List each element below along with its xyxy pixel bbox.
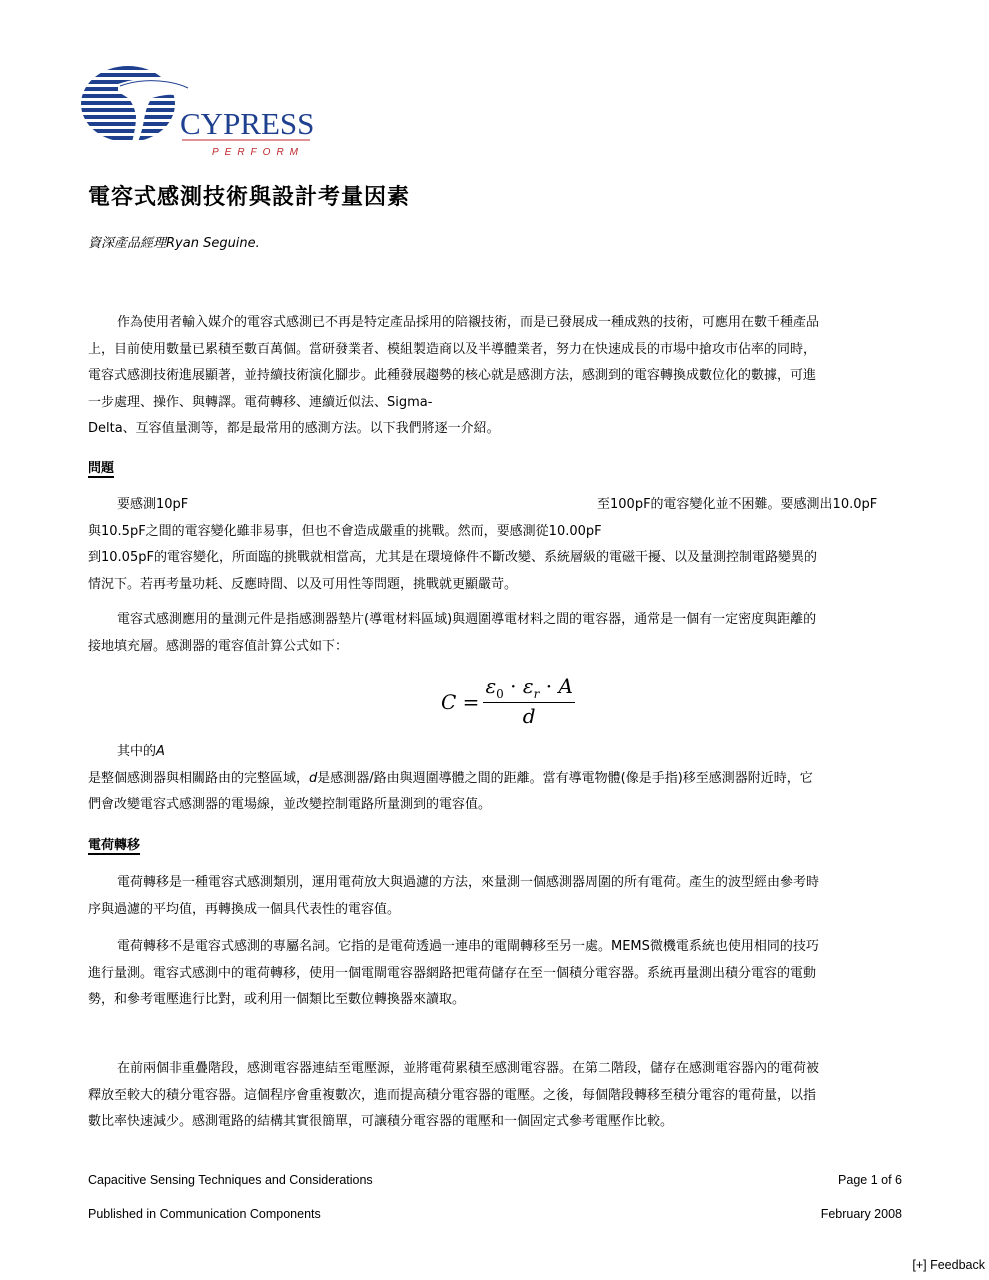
section-heading-problem: 問題 [88,457,114,476]
epsilon-r: ε [523,674,534,698]
area-variable: A [558,674,572,698]
variable-a: A [156,744,165,759]
footer-page-number: Page 1 of 6 [838,1173,902,1187]
capacitance-formula: C = ε0 · εr · A d [440,674,575,729]
cypress-globe-icon: CYPRESS PERFORM [80,62,315,160]
intro-line: 作為使用者輸入媒介的電容式感測已不再是特定產品採用的陪襯技術，而是已發展成一種成… [88,310,902,337]
logo-tagline: PERFORM [212,147,304,158]
problem-line: 與10.5pF之間的電容變化雖非易事，但也不會造成嚴重的挑戰。然而，要感測從10… [88,519,902,546]
intro-line: 電容式感測技術進展顯著，並持續技術演化腳步。此種發展趨勢的核心就是感測方法，感測… [88,363,902,390]
charge-paragraph-2: 電荷轉移不是電容式感測的專屬名詞。它指的是電荷透過一連串的電閘轉移至另一處。ME… [88,934,902,1014]
charge-line: 在前兩個非重疊階段，感測電容器連結至電壓源，並將電荷累積至感測電容器。在第二階段… [88,1056,902,1083]
intro-line: 一步處理、操作、與轉譯。電荷轉移、連續近似法、Sigma- [88,390,902,417]
subscript-zero: 0 [496,687,504,701]
charge-line: 勢，和參考電壓進行比對，或利用一個類比至數位轉換器來讀取。 [88,987,902,1014]
charge-paragraph-1: 電荷轉移是一種電容式感測類別，運用電荷放大與過濾的方法，來量測一個感測器周圍的所… [88,870,902,923]
problem-line: 情況下。若再考量功耗、反應時間、以及可用性等問題，挑戰就更顯嚴苛。 [88,572,902,599]
problem-paragraph-3: 其中的A 是整個感測器與相關路由的完整區域，d是感測器/路由與週圍導體之間的距離… [88,739,902,819]
logo-brand: CYPRESS [180,106,314,141]
formula-equals: = [463,690,480,714]
charge-paragraph-3: 在前兩個非重疊階段，感測電容器連結至電壓源，並將電荷累積至感測電容器。在第二階段… [88,1056,902,1136]
footer-publication: Published in Communication Components [88,1207,321,1221]
footer-date: February 2008 [821,1207,902,1221]
dot-operator: · [510,674,516,698]
charge-line: 電荷轉移是一種電容式感測類別，運用電荷放大與過濾的方法，來量測一個感測器周圍的所… [88,870,902,897]
section-heading-charge-transfer: 電荷轉移 [88,834,140,853]
charge-line: 進行量測。電容式感測中的電荷轉移，使用一個電閘電容器網路把電荷儲存在至一個積分電… [88,961,902,988]
intro-paragraph: 作為使用者輸入媒介的電容式感測已不再是特定產品採用的陪襯技術，而是已發展成一種成… [88,310,902,443]
text-span: 其中的 [117,744,156,759]
epsilon-zero: ε [485,674,496,698]
dot-operator: · [546,674,552,698]
feedback-link[interactable]: [+] Feedback [912,1258,985,1272]
subscript-r: r [534,687,540,701]
problem-line1-right: 至100pF的電容變化並不困難。要感測出10.0pF [597,492,877,519]
problem-line: 接地填充層。感測器的電容值計算公式如下： [88,634,902,661]
problem-line: 其中的A [88,739,902,766]
problem-line: 電容式感測應用的量測元件是指感測器墊片(導電材料區域)與週圍導電材料之間的電容器… [88,607,902,634]
author-line: 資深產品經理Ryan Seguine. [88,232,260,251]
intro-line: 上，目前使用數量已累積至數百萬個。當研發業者、模組製造商以及半導體業者，努力在快… [88,337,902,364]
text-span: 是整個感測器與相關路由的完整區域， [88,771,309,786]
charge-line: 數比率快速減少。感測電路的結構其實很簡單，可讓積分電容器的電壓和一個固定式參考電… [88,1109,902,1136]
problem-line: 要感測10pF 至100pF的電容變化並不困難。要感測出10.0pF [88,492,902,519]
formula-denominator: d [483,703,574,730]
text-span: 是感測器/路由與週圍導體之間的距離。當有導電物體(像是手指)移至感測器附近時，它 [317,771,813,786]
problem-line: 到10.05pF的電容變化，所面臨的挑戰就相當高，尤其是在環境條件不斷改變、系統… [88,545,902,572]
document-title: 電容式感測技術與設計考量因素 [88,180,410,211]
cypress-logo: CYPRESS PERFORM [80,62,315,160]
intro-line: Delta、互容值量測等，都是最常用的感測方法。以下我們將逐一介紹。 [88,416,902,443]
problem-line: 是整個感測器與相關路由的完整區域，d是感測器/路由與週圍導體之間的距離。當有導電… [88,766,902,793]
footer-doc-title: Capacitive Sensing Techniques and Consid… [88,1173,373,1187]
problem-line1-left: 要感測10pF [117,497,188,512]
charge-line: 電荷轉移不是電容式感測的專屬名詞。它指的是電荷透過一連串的電閘轉移至另一處。ME… [88,934,902,961]
problem-paragraph-1: 要感測10pF 至100pF的電容變化並不困難。要感測出10.0pF 與10.5… [88,492,902,598]
charge-line: 釋放至較大的積分電容器。這個程序會重複數次，進而提高積分電容器的電壓。之後，每個… [88,1083,902,1110]
problem-paragraph-2: 電容式感測應用的量測元件是指感測器墊片(導電材料區域)與週圍導電材料之間的電容器… [88,607,902,660]
formula-lhs: C [441,690,456,714]
problem-line: 們會改變電容式感測器的電場線，並改變控制電路所量測到的電容值。 [88,792,902,819]
charge-line: 序與過濾的平均值，再轉換成一個具代表性的電容值。 [88,897,902,924]
